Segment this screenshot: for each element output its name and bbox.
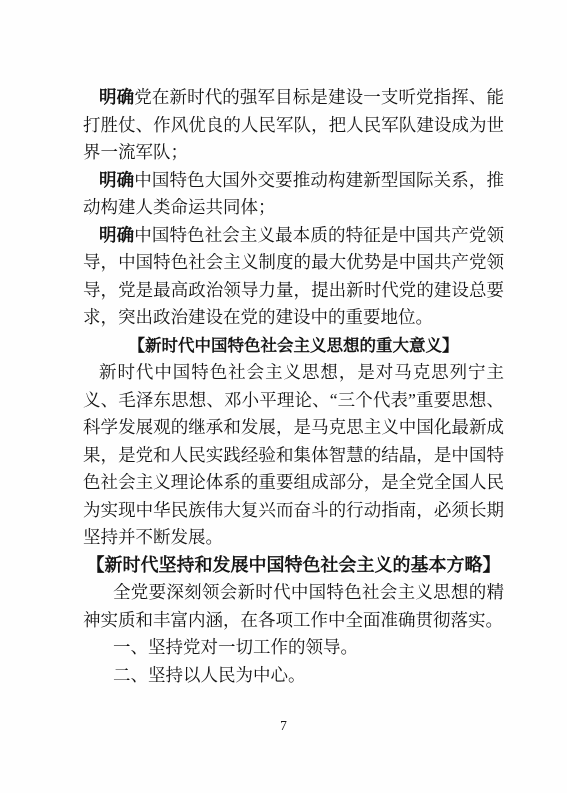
emphasis-lead: 明确: [99, 87, 134, 107]
list-item-2: 二、坚持以人民为中心。: [83, 662, 504, 690]
paragraph-mingque-1: 明确党在新时代的强军目标是建设一支听党指挥、能打胜仗、作风优良的人民军队，把人民…: [83, 84, 504, 167]
paragraph-text: 中国特色大国外交要推动构建新型国际关系，推动构建人类命运共同体；: [83, 170, 504, 218]
page-number: 7: [0, 718, 567, 734]
section-heading-significance: 【新时代中国特色社会主义思想的重大意义】: [83, 332, 504, 360]
emphasis-lead: 明确: [99, 170, 134, 190]
paragraph-mingque-3: 明确中国特色社会主义最本质的特征是中国共产党领导，中国特色社会主义制度的最大优势…: [83, 222, 504, 332]
paragraph-text: 党在新时代的强军目标是建设一支听党指挥、能打胜仗、作风优良的人民军队，把人民军队…: [83, 87, 504, 162]
paragraph-basic-strategy: 全党要深刻领会新时代中国特色社会主义思想的精神实质和丰富内涵，在各项工作中全面准…: [83, 579, 504, 634]
document-page: 明确党在新时代的强军目标是建设一支听党指挥、能打胜仗、作风优良的人民军队，把人民…: [0, 0, 567, 793]
section-heading-basic-strategy: 【新时代坚持和发展中国特色社会主义的基本方略】: [83, 552, 504, 580]
page-body-text: 明确党在新时代的强军目标是建设一支听党指挥、能打胜仗、作风优良的人民军队，把人民…: [83, 84, 504, 689]
paragraph-mingque-2: 明确中国特色大国外交要推动构建新型国际关系，推动构建人类命运共同体；: [83, 167, 504, 222]
paragraph-significance: 新时代中国特色社会主义思想，是对马克思列宁主义、毛泽东思想、邓小平理论、“三个代…: [83, 359, 504, 552]
paragraph-text: 中国特色社会主义最本质的特征是中国共产党领导，中国特色社会主义制度的最大优势是中…: [83, 225, 504, 328]
list-item-1: 一、坚持党对一切工作的领导。: [83, 634, 504, 662]
emphasis-lead: 明确: [99, 225, 134, 245]
